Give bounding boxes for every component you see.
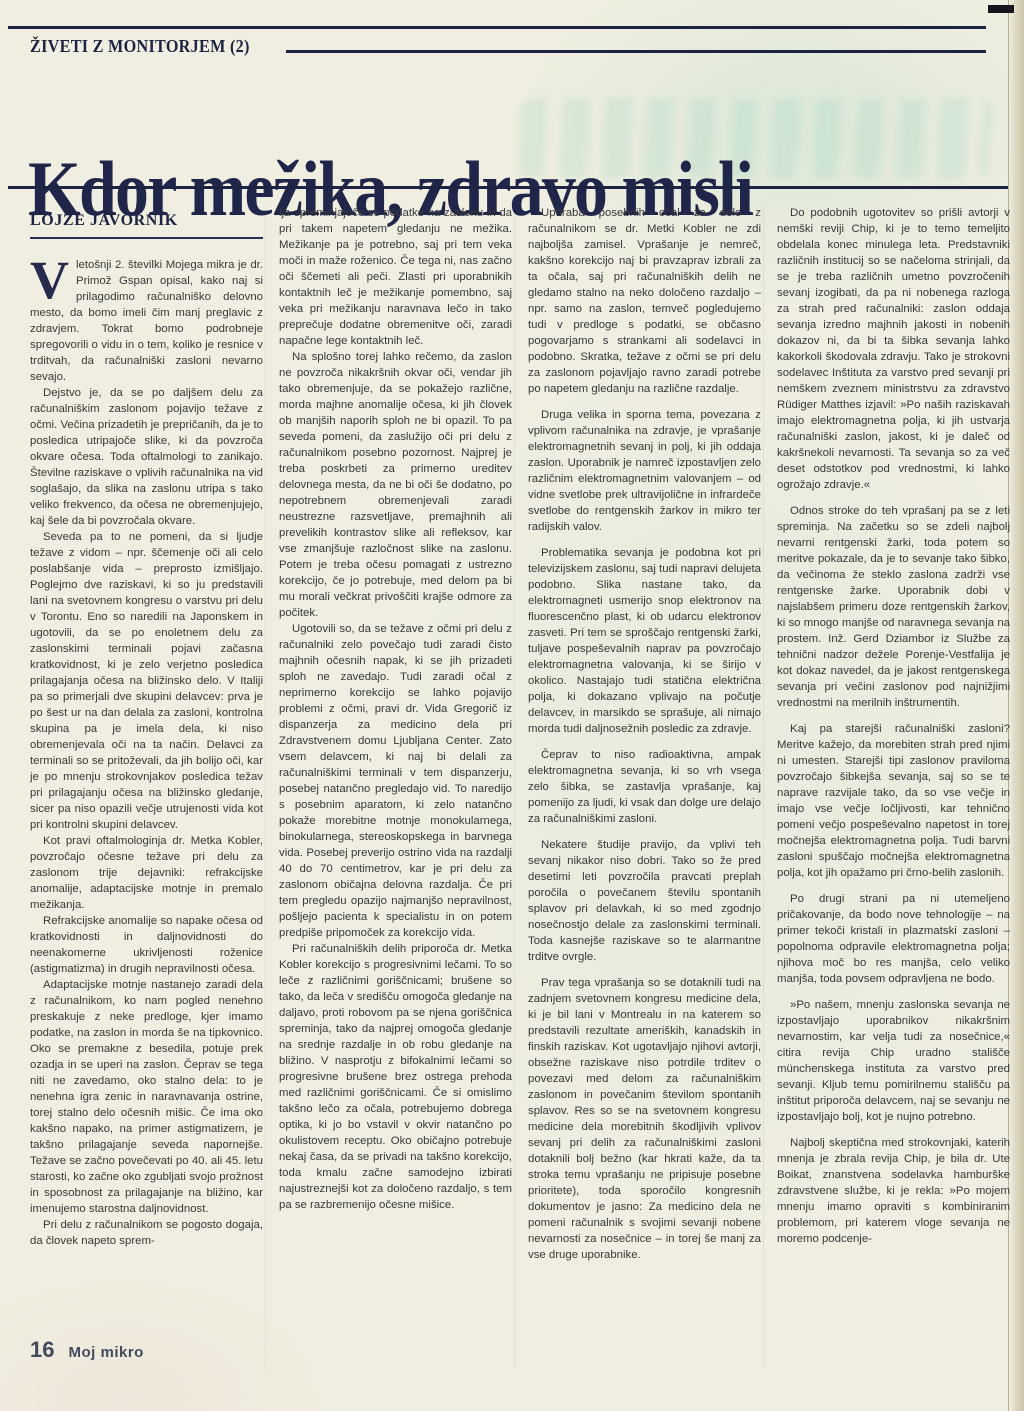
text-column-3: Uporaba posebnih očal za delo z računaln…	[514, 205, 761, 1370]
text-column-1: LOJZE JAVORNIK Vletošnji 2. številki Moj…	[30, 205, 263, 1370]
paragraph: Kaj pa starejši računalniški zasloni? Me…	[777, 721, 1010, 881]
paragraph: Čeprav to niso radioaktivna, ampak elekt…	[528, 747, 761, 827]
paragraph: Po drugi strani pa ni utemeljeno pričako…	[777, 891, 1010, 987]
paragraph: Problematika sevanja je podobna kot pri …	[528, 545, 761, 737]
paragraph: Na splošno torej lahko rečemo, da zaslon…	[279, 349, 512, 621]
author-byline: LOJZE JAVORNIK	[30, 205, 263, 239]
magazine-name: Moj mikro	[68, 1344, 143, 1361]
page-footer: 16 Moj mikro	[30, 1337, 144, 1363]
article-body: LOJZE JAVORNIK Vletošnji 2. številki Moj…	[30, 205, 1010, 1370]
paragraph: Odnos stroke do teh vprašanj pa se z let…	[777, 503, 1010, 711]
paragraph: Nekatere študije pravijo, da vplivi teh …	[528, 837, 761, 965]
top-rule	[8, 26, 986, 29]
paragraph: lja spreminjajoče se podatke na zaslonu …	[279, 205, 512, 349]
page-edge-shadow	[1008, 0, 1024, 1411]
scan-corner-mark	[988, 5, 1014, 13]
paragraph: Ugotovili so, da se težave z očmi pri de…	[279, 621, 512, 941]
paragraph: Vletošnji 2. številki Mojega mikra je dr…	[30, 257, 263, 385]
paragraph: Prav tega vprašanja so se dotaknili tudi…	[528, 975, 761, 1263]
kicker-row: ŽIVETI Z MONITORJEM (2)	[30, 36, 986, 57]
paragraph: Do podobnih ugotovitev so prišli avtorji…	[777, 205, 1010, 493]
paragraph: Seveda pa to ne pomeni, da si ljudje tež…	[30, 529, 263, 833]
paragraph: Uporaba posebnih očal za delo z računaln…	[528, 205, 761, 397]
text-column-2: lja spreminjajoče se podatke na zaslonu …	[265, 205, 512, 1370]
paragraph: Pri delu z računalnikom se pogosto dogaj…	[30, 1217, 263, 1249]
paragraph: Refrakcijske anomalije so napake očesa o…	[30, 913, 263, 977]
paragraph: Najbolj skeptična med strokovnjaki, kate…	[777, 1135, 1010, 1247]
paragraph: Pri računalniških delih priporoča dr. Me…	[279, 941, 512, 1213]
paragraph: »Po našem, mnenju zaslonska sevanja ne i…	[777, 997, 1010, 1125]
section-kicker: ŽIVETI Z MONITORJEM (2)	[30, 36, 250, 57]
title-rule	[8, 186, 1008, 189]
paragraph: Dejstvo je, da se po daljšem delu za rač…	[30, 385, 263, 529]
dropcap: V	[30, 260, 69, 300]
kicker-rule	[286, 50, 986, 53]
text-column-4: Do podobnih ugotovitev so prišli avtorji…	[763, 205, 1010, 1370]
paragraph: Adaptacijske motnje nastanejo zaradi del…	[30, 977, 263, 1217]
paragraph: Kot pravi oftalmologinja dr. Metka Koble…	[30, 833, 263, 913]
paragraph: Druga velika in sporna tema, povezana z …	[528, 407, 761, 535]
page-number: 16	[30, 1337, 54, 1363]
